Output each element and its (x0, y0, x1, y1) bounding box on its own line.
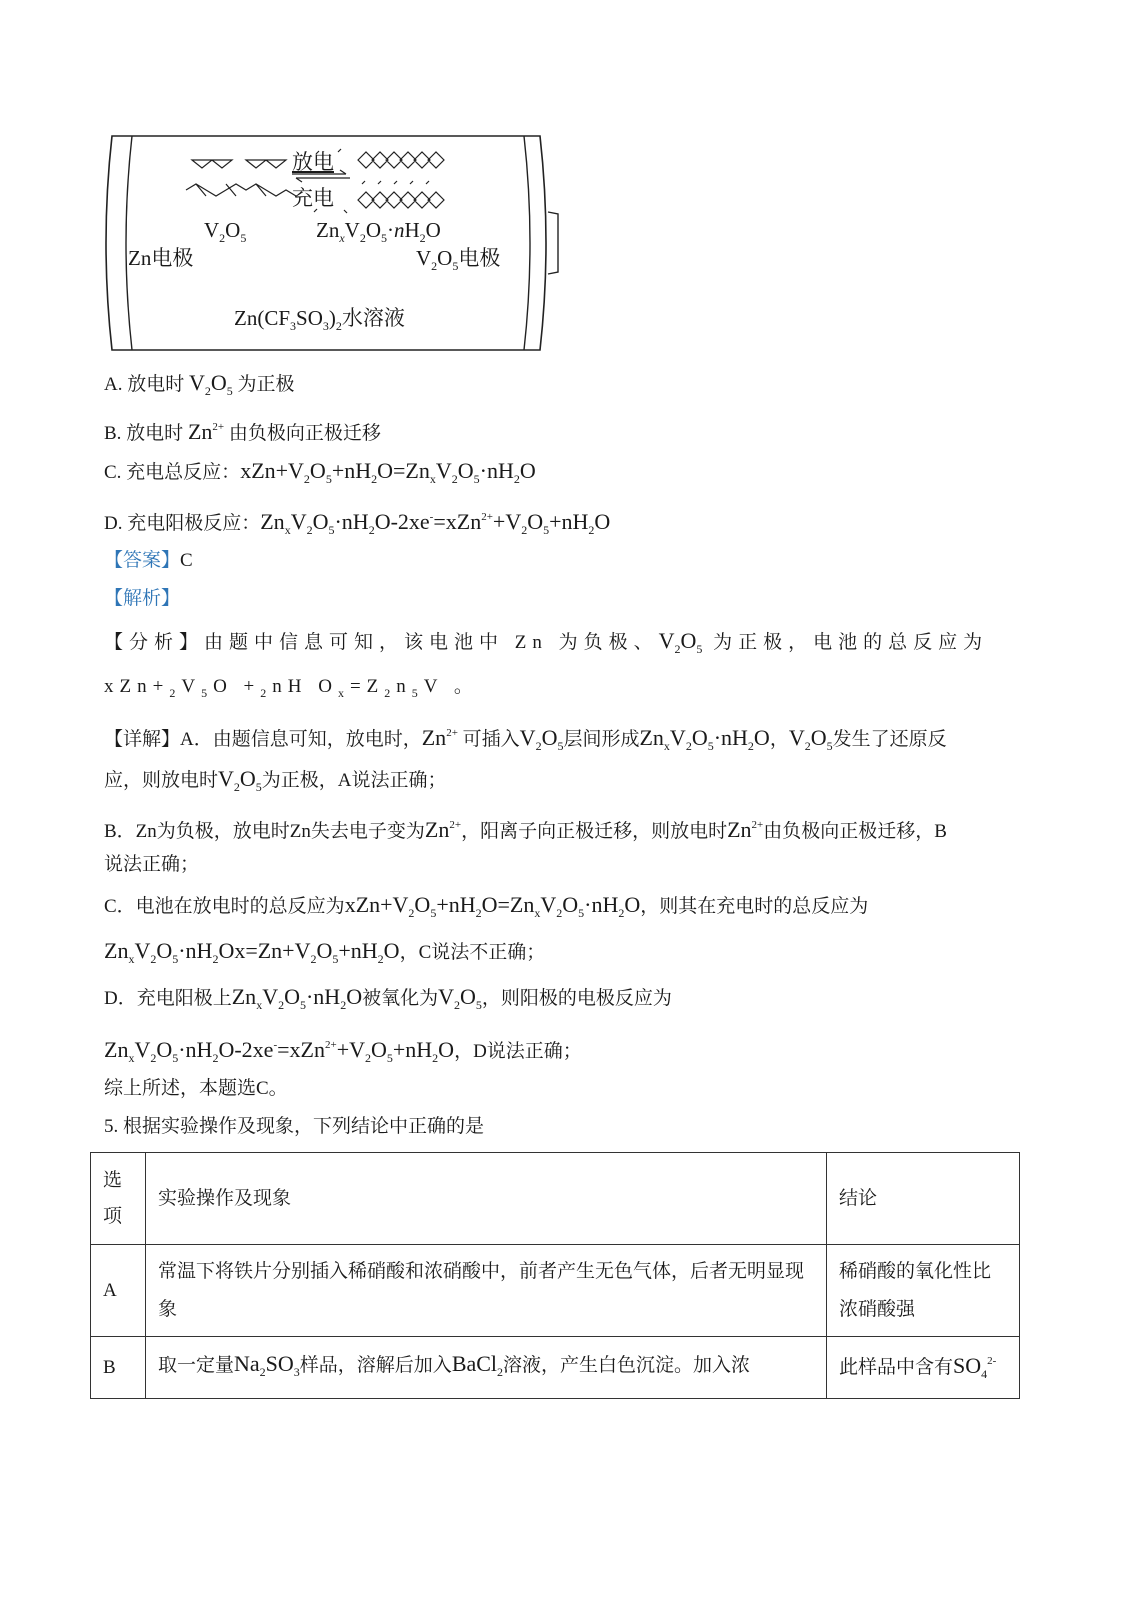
detail-b-line1: B．Zn为负极，放电时Zn失去电子变为Zn2+，阳离子向正极迁移，则放电时Zn2… (104, 812, 947, 845)
electrolyte-label: Zn(CF3SO3)2水溶液 (234, 302, 405, 334)
option-c: C. 充电总反应：xZn+V2O5+nH2O=ZnxV2O5·nH2O (104, 458, 536, 492)
row-conclusion: 此样品中含有SO42- (827, 1337, 1020, 1399)
left-material-label: V2O5 (204, 218, 246, 246)
table-header-row: 选项 实验操作及现象 结论 (91, 1153, 1020, 1245)
option-a: A. 放电时 V2O5 为正极 (104, 370, 295, 404)
header-conclusion: 结论 (827, 1153, 1020, 1245)
row-option: A (91, 1245, 146, 1337)
question5-stem: 5. 根据实验操作及现象，下列结论中正确的是 (104, 1114, 484, 1140)
detail-a-line2: 应，则放电时V2O5为正极，A说法正确； (104, 766, 447, 800)
question5-table: 选项 实验操作及现象 结论 A 常温下将铁片分别插入稀硝酸和浓硝酸中，前者产生无… (90, 1152, 1020, 1399)
zn-electrode-label: Zn电极 (128, 242, 193, 272)
detail-c-line2: ZnxV2O5·nH2Ox=Zn+V2O5+nH2O，C说法不正确； (104, 938, 545, 972)
option-b: B. 放电时 Zn2+ 由负极向正极迁移 (104, 414, 381, 447)
row-operation: 常温下将铁片分别插入稀硝酸和浓硝酸中，前者产生无色气体，后者无明显现象 (146, 1245, 827, 1337)
row-operation: 取一定量Na2SO3样品，溶解后加入BaCl2溶液，产生白色沉淀。加入浓 (146, 1337, 827, 1399)
answer-tag: 【答案】 (104, 550, 180, 571)
detail-b-line2: 说法正确； (104, 852, 199, 878)
fenxi-line: 【分析】由题中信息可知，该电池中 Zn 为负极、V2O5 为正极，电池的总反应为 (104, 628, 988, 662)
table-row: B 取一定量Na2SO3样品，溶解后加入BaCl2溶液，产生白色沉淀。加入浓 此… (91, 1337, 1020, 1399)
summary-line: 综上所述，本题选C。 (104, 1076, 288, 1102)
option-d: D. 充电阳极反应：ZnxV2O5·nH2O-2xe-=xZn2++V2O5+n… (104, 504, 610, 543)
detail-d-line2: ZnxV2O5·nH2O-2xe-=xZn2++V2O5+nH2O，D说法正确； (104, 1032, 582, 1071)
answer-line: 【答案】C (104, 548, 193, 574)
fenxi-equation: xZn+2V5O +2nH Ox=Z2n5V 。 (104, 674, 479, 706)
discharge-label: 放电 (292, 146, 334, 176)
detail-d-line1: D．充电阳极上ZnxV2O5·nH2O被氧化为V2O5，则阳极的电极反应为 (104, 984, 672, 1018)
header-operation: 实验操作及现象 (146, 1153, 827, 1245)
row-conclusion: 稀硝酸的氧化性比浓硝酸强 (827, 1245, 1020, 1337)
header-option: 选项 (91, 1153, 146, 1245)
battery-diagram: 放电 充电 V2O5 ZnxV2O5·nH2O Zn电极 V2O5电极 Zn(C… (100, 132, 570, 354)
table-row: A 常温下将铁片分别插入稀硝酸和浓硝酸中，前者产生无色气体，后者无明显现象 稀硝… (91, 1245, 1020, 1337)
v2o5-electrode-label: V2O5电极 (416, 242, 500, 274)
analysis-tag: 【解析】 (104, 586, 180, 612)
detail-a-line1: 【详解】A．由题信息可知，放电时，Zn2+ 可插入V2O5层间形成ZnxV2O5… (104, 720, 947, 759)
detail-c-line1: C．电池在放电时的总反应为xZn+V2O5+nH2O=ZnxV2O5·nH2O，… (104, 892, 868, 926)
charge-label: 充电 (292, 182, 334, 212)
row-option: B (91, 1337, 146, 1399)
answer-value: C (180, 550, 193, 571)
